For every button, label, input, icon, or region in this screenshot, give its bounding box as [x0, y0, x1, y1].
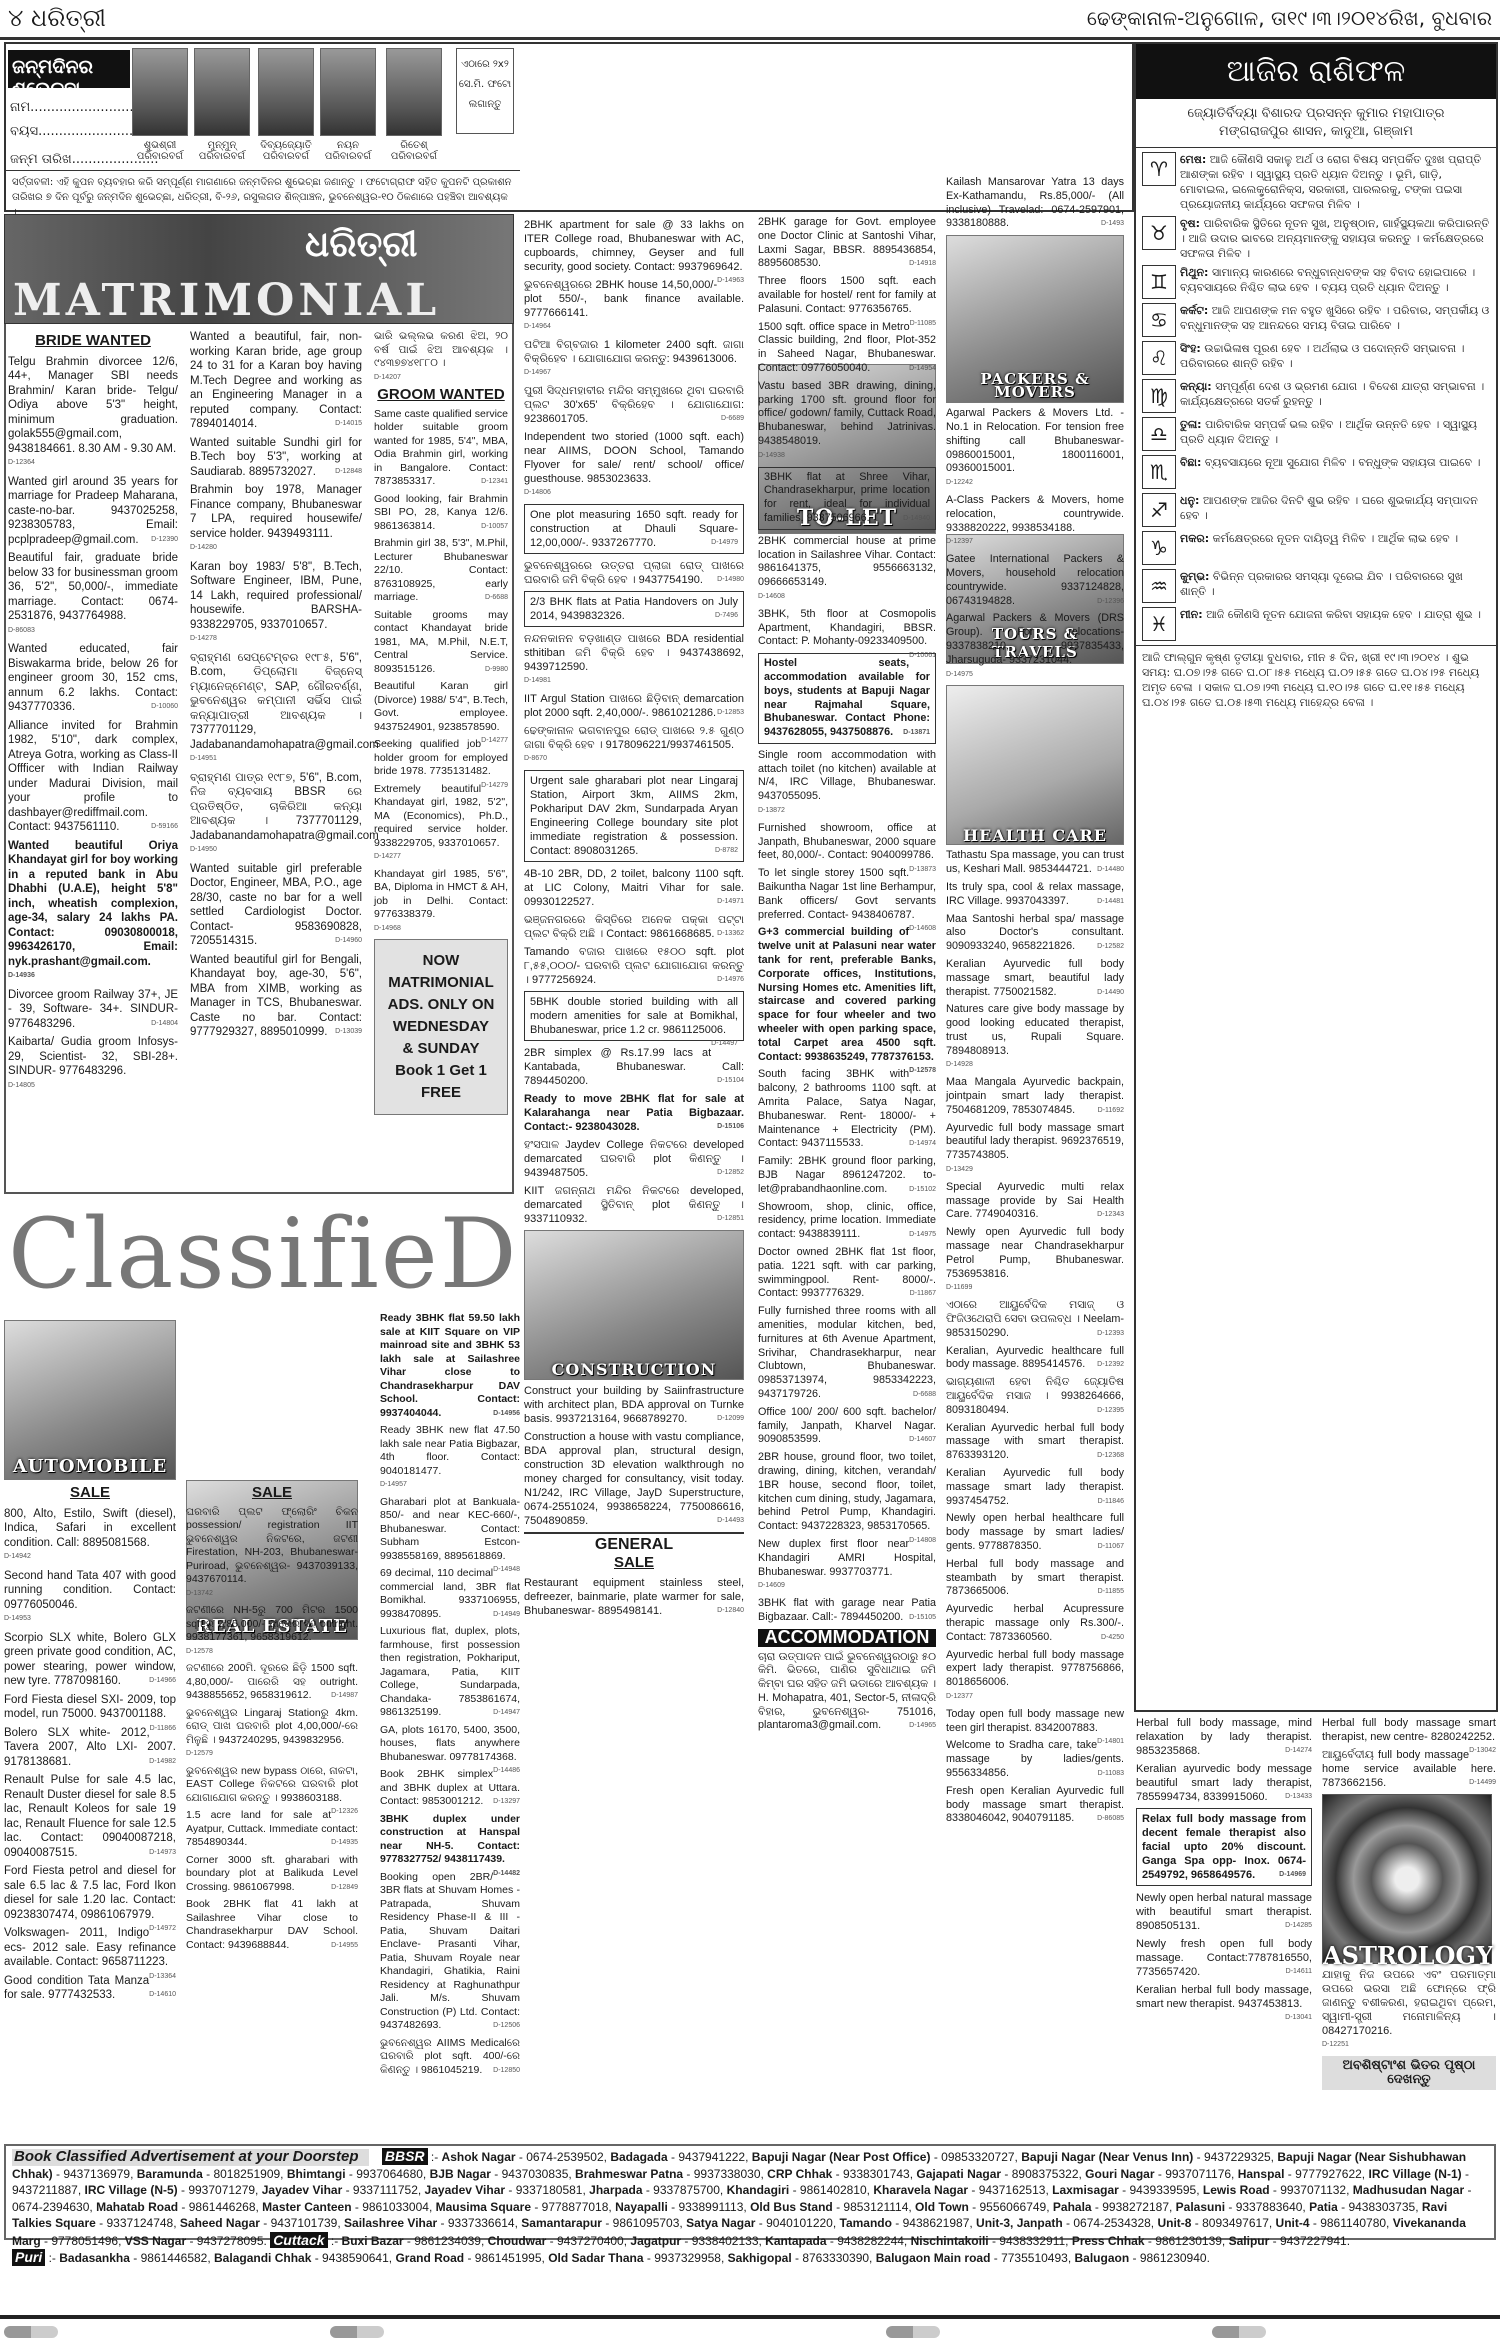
classified-ad: 3BHK duplex under construction at Hanspa…: [380, 1813, 520, 1867]
general-sale-heading: SALE: [524, 1556, 744, 1570]
classified-ad: South facing 3BHK with balcony, 2 bathro…: [758, 1068, 936, 1151]
booking-location: Gouri Nagar - 9937071176,: [1085, 2167, 1238, 2181]
child-caption: ରିତେଶ୍ପରିବାରବର୍ଗ: [374, 140, 454, 162]
truck-photo: PACKERS & MOVERS: [946, 235, 1124, 403]
booking-location: Kantapada - 9438282244,: [765, 2234, 910, 2248]
booking-centres: Book Classified Advertisement at your Do…: [4, 2144, 1496, 2240]
classified-ad: 4B-10 2BR, DD, 2 toilet, balcony 1100 sq…: [524, 867, 744, 909]
booking-location: VSS Nagar - 9437278095.: [125, 2234, 270, 2248]
registration-mark: [330, 2326, 384, 2338]
classified-ad: Ready to move 2BHK flat for sale at Kala…: [524, 1092, 744, 1134]
booking-location: Kharavela Nagar - 9437162513,: [873, 2183, 1052, 2197]
classified-ad: Beautiful Karan girl (Divorce) 1988/ 5'4…: [374, 680, 508, 734]
booking-location: Unit-4 - 9861140780,: [1276, 2216, 1393, 2230]
classified-ad: 2BHK apartment for sale @ 33 lakhs on IT…: [524, 218, 744, 274]
child-photo: [258, 48, 314, 136]
registration-mark: [1212, 2326, 1266, 2338]
cancer-icon: ♋: [1142, 303, 1176, 337]
groom-wanted-heading: GROOM WANTED: [374, 388, 508, 402]
pisces-icon: ♓: [1142, 607, 1176, 641]
booking-location: Jharpada - 9337875700,: [589, 2183, 726, 2197]
booking-location: Balugaon Main road - 7735510493,: [876, 2251, 1075, 2265]
booking-location: Unit-3, Janpath - 0674-2534328,: [976, 2216, 1157, 2230]
zodiac-entry: ♌ସିଂହ: ଉଚ୍ଚାଭିଳାଷ ପୂରଣ ହେବ । ଅର୍ଥଲାଭ ଓ ପ…: [1142, 341, 1490, 375]
booking-location: Salipur - 9437227941.: [1229, 2234, 1350, 2248]
classified-ad: Herbal full body massage, mind relaxatio…: [1136, 1716, 1312, 1758]
classified-ad: Wanted girl around 35 years for marriage…: [8, 475, 178, 548]
classified-ad: ବ୍ରାହ୍ମଣ ପାତ୍ର ୧୯୮୭, 5'6", B.com, ନିଜ ବ୍…: [190, 771, 362, 858]
zodiac-entry: ♊ମିଥୁନ: ସାମାନ୍ୟ କାରଣରେ ବନ୍ଧୁବାନ୍ଧବଙ୍କ ସହ…: [1142, 265, 1490, 299]
auspicious-times: ଆଜି ଫାଲ୍ଗୁନ କୃଷ୍ଣ ତୃତୀୟା ବୁଧବାର, ମୀନ ୫ ଦ…: [1136, 645, 1496, 714]
classified-ad: ଭାଗ୍ୟଶାଳୀ ହେବା ନିଶ୍ଚିତ ଜ୍ୟୋତିଷ ଆୟୁର୍ବେଦି…: [946, 1376, 1124, 1417]
leo-icon: ♌: [1142, 341, 1176, 375]
classified-ad: ପୁରୀ ସିଦ୍ଧମହାବୀର ମନ୍ଦିର ସମ୍ମୁଖରେ ଥିବା ଘର…: [524, 384, 744, 426]
accommodation-heading: ACCOMMODATION: [758, 1629, 936, 1647]
capricorn-icon: ♑: [1142, 531, 1176, 565]
classified-ad: Kaibarta/ Gudia groom Infosys- 29, Scien…: [8, 1035, 178, 1093]
child-photo: [132, 48, 188, 136]
page-number: ୪ ଧରିତ୍ରୀ: [8, 4, 106, 32]
classified-ad: Newly open herbal natural massage with b…: [1136, 1891, 1312, 1933]
classified-ad: Construct your building by Saiinfrastruc…: [524, 1384, 744, 1426]
tolet-column: 2BHK garage for Govt. employee one Docto…: [758, 216, 936, 1737]
booking-location: Nayapalli - 9338991113,: [615, 2200, 750, 2214]
classified-ad: Ready 3BHK flat 59.50 lakh sale at KIIT …: [380, 1312, 520, 1420]
sagittarius-icon: ♐: [1142, 493, 1176, 527]
classified-ad: ପଟିଆ ବିଗ୍‌ବଜାର 1 kilometer 2400 sqft. ଜା…: [524, 338, 744, 380]
zodiac-entry: ♍କନ୍ୟା: ସମ୍ପୂର୍ଣ୍ଣ ଦେଶ ଓ ଭ୍ରମଣ ଯୋଗ । ବିଦ…: [1142, 379, 1490, 413]
booking-location: Lewis Road - 9937071132,: [1203, 2183, 1353, 2197]
matrimonial-title: MATRIMONIAL: [13, 275, 440, 326]
classified-ad: Scorpio SLX white, Bolero GLX green priv…: [4, 1631, 176, 1689]
child-photo: [194, 48, 250, 136]
classified-ad: Alliance invited for Brahmin 1982, 5'10"…: [8, 719, 178, 835]
realestate-sale-column: SALE ଘରବାରି ପ୍ଲଟ ଫ୍ଲୋରିଂ ଚିକନ possession…: [186, 1482, 358, 1956]
car-photo: AUTOMOBILE: [4, 1320, 176, 1480]
booking-location: Choudwar - 9437270400,: [488, 2234, 631, 2248]
astrology-photo: ASTROLOGY: [1322, 1794, 1492, 1964]
horoscope-title: ଆଜିର ରାଶିଫଳ: [1136, 44, 1496, 99]
classified-ad: Gatee International Packers & Movers, ho…: [946, 553, 1124, 608]
booking-location: Master Canteen - 9861033004,: [262, 2200, 435, 2214]
booking-location: Old Town - 9556066749,: [915, 2200, 1053, 2214]
booking-location: Balugaon - 9861230940.: [1075, 2251, 1210, 2265]
coupon-terms: ସର୍ତ୍ତାବଳୀ: ଏହି କୁପନ ବ୍ୟବହାର କରି ସମ୍ପୂର୍…: [6, 170, 520, 210]
dharitri-logo: ଧରିତ୍ରୀ: [305, 223, 417, 266]
booking-location: Jayadev Vihar - 9337111752,: [262, 2183, 425, 2197]
booking-location: Satya Nagar - 9040101220,: [686, 2216, 839, 2230]
booking-location: Gajapati Nagar - 8908375322,: [916, 2167, 1085, 2181]
booking-location: Mahatab Road - 9861446268,: [96, 2200, 262, 2214]
classified-ad: Doctor owned 2BHK flat 1st floor, patia.…: [758, 1246, 936, 1301]
classified-ad: ଭାରି ଭଲ୍ଲଭ କରଣ ଝିଅ, ୨୦ ବର୍ଷ ପାଇଁ ଝିଅ ଆବଶ…: [374, 330, 508, 384]
puri-locations: Badasankha - 9861446582, Balagandi Chhak…: [59, 2251, 1210, 2265]
booking-location: IRC Village (N-5) - 9937071279,: [85, 2183, 262, 2197]
classified-ad: KIIT ଜଗନ୍ନାଥ ମନ୍ଦିର ନିକଟରେ developed, de…: [524, 1184, 744, 1226]
classified-banner: ClassifieD: [0, 1198, 518, 1318]
scorpio-icon: ♏: [1142, 455, 1176, 489]
classified-ad: Fresh open Keralian Ayurvedic full body …: [946, 1785, 1124, 1826]
classified-ad: A-Class Packers & Movers, home relocatio…: [946, 494, 1124, 549]
classified-ad: Ayurvedic herbal full body massage exper…: [946, 1649, 1124, 1704]
city-label-cuttack: Cuttack: [270, 2232, 327, 2249]
classified-ad: ଏଠାରେ ଆୟୁର୍ବେଦିକ ମସାଜ୍ ଓ ଫିଜିଓଥେରାପି ସେବ…: [946, 1299, 1124, 1340]
bride-wanted-heading: BRIDE WANTED: [8, 334, 178, 349]
zodiac-entry: ♉ବୃଷ: ପାରିବାରିକ ସ୍ଥିତିରେ ନୂତନ ସୁଖ, ଅନୁଷ୍…: [1142, 216, 1490, 261]
classified-ad: Suitable grooms may contact Khandayat br…: [374, 609, 508, 677]
classified-ad: Agarwal Packers & Movers (DRS Group). Fo…: [946, 612, 1124, 681]
booking-location: Badagada - 9437941222,: [610, 2150, 751, 2164]
boxed-ad: Hostel seats, accommodation available fo…: [758, 653, 936, 744]
city-label-puri: Puri: [12, 2249, 45, 2266]
automobile-column: SALE 800, Alto, Estilo, Swift (diesel), …: [4, 1482, 176, 2007]
services-column: Kailash Mansarovar Yatra 13 days Ex-Kath…: [946, 176, 1124, 1830]
classified-ad: Brahmin boy 1978, Manager Finance compan…: [190, 483, 362, 556]
classified-ad: Ford Fiesta petrol and diesel for sale 6…: [4, 1864, 176, 1922]
classified-ad: ଚାରା ଉତ୍ପାଦନ ପାଇଁ ଭୁବନେଶ୍ୱରଠାରୁ ୫୦ କିମି.…: [758, 1651, 936, 1734]
booking-location: Samantarapur - 9861095703,: [521, 2216, 686, 2230]
classified-ad: Khandayat girl 1985, 5'6", BA, Diploma i…: [374, 868, 508, 936]
gemini-icon: ♊: [1142, 265, 1176, 299]
classified-ad: Its truly spa, cool & relax massage, IRC…: [946, 881, 1124, 909]
booking-location: Sailashree Vihar - 9337336614,: [344, 2216, 521, 2230]
booking-location: Palasuni - 9337883640,: [1176, 2200, 1309, 2214]
classified-ad: ନନ୍ଦନକାନନ ବଡ଼ଖାଣ୍ଡ ପାଖରେ BDA residential…: [524, 632, 744, 688]
booking-location: Jayadev Vihar - 9337180581,: [425, 2183, 590, 2197]
classified-ad: Renault Pulse for sale 4.5 lac, Renault …: [4, 1773, 176, 1860]
classified-ad: Wanted beautiful Oriya Khandayat girl fo…: [8, 839, 178, 984]
booking-location: Sakhigopal - 8763330390,: [728, 2251, 876, 2265]
classified-ad: Keralian herbal full body massage, smart…: [1136, 1983, 1312, 2011]
classified-ad: Keralian Ayurvedic full body massage sma…: [946, 1467, 1124, 1508]
birthday-title: ଜନ୍ମଦିନର ଶୁଭେଚ୍ଛା: [8, 50, 130, 88]
registration-mark: [886, 2326, 940, 2338]
booking-location: Grand Road - 9861451995,: [395, 2251, 548, 2265]
classified-ad: Maa Santoshi herbal spa/ massage also Do…: [946, 913, 1124, 954]
booking-location: Jagatpur - 9338402133,: [630, 2234, 765, 2248]
classified-ad: Herbal full body massage smart therapist…: [1322, 1716, 1496, 1744]
classified-ad: 3BHK, 5th floor at Cosmopolis Apartment,…: [758, 608, 936, 649]
classified-ad: ଜଟଣୀରେ 200ମି. ଦୂରରେ ଛିଡ଼ି 1500 sqft. 4,8…: [186, 1662, 358, 1703]
photo-placeholder: ଏଠାରେ ୨x୨ ସେ.ମି. ଫଟୋ ଲଗାନ୍ତୁ: [456, 48, 514, 134]
boxed-ad: Urgent sale gharabari plot near Lingaraj…: [524, 770, 744, 862]
booking-location: Bapuji Nagar (Near Post Office) - 098533…: [752, 2150, 1021, 2164]
zodiac-entry: ♓ମୀନ: ଆଜି କୌଣସି ନୂତନ ଯୋଜନା କରିବା ସହାୟକ ହ…: [1142, 607, 1490, 641]
name-field: ନାମ.............................: [10, 100, 150, 115]
booking-location: Ashok Nagar - 0674-2539502,: [442, 2150, 611, 2164]
classified-ad: Restaurant equipment stainless steel, de…: [524, 1576, 744, 1618]
booking-location: Pahala - 9938272187,: [1053, 2200, 1176, 2214]
classified-ad: Newly open Ayurvedic full body massage n…: [946, 1226, 1124, 1295]
classified-ad: 2BHK commercial house at prime location …: [758, 535, 936, 604]
booking-location: Buxi Bazar - 9861234039,: [342, 2234, 488, 2248]
zodiac-entry: ♎ତୁଳା: ପାରିବାରିକ ସମ୍ପର୍କ ଭଲ ରହିବ । ଆର୍ଥି…: [1142, 417, 1490, 451]
booking-location: Balagandi Chhak - 9438590641,: [214, 2251, 395, 2265]
classified-ad: Three floors 1500 sqft. each available f…: [758, 275, 936, 316]
boxed-ad: Relax full body massage from decent fema…: [1136, 1808, 1312, 1886]
classified-ad: 1500 sqft. office space in Metro Classic…: [758, 321, 936, 376]
booking-location: CRP Chhak - 9338301743,: [767, 2167, 916, 2181]
classified-ad: ଘରବାରି ପ୍ଲଟ ଫ୍ଲୋରିଂ ଚିକନ possession/ reg…: [186, 1506, 358, 1601]
classified-title: ClassifieD: [8, 1198, 519, 1310]
booking-location: Press Chhak - 9861230139,: [1072, 2234, 1229, 2248]
massage-column-2: Herbal full body massage smart therapist…: [1322, 1716, 1496, 2090]
classified-ad: Family: 2BHK ground floor parking, BJB N…: [758, 1155, 936, 1196]
booking-location: Patia - 9438303735,: [1309, 2200, 1422, 2214]
classified-ad: Keralian Ayurvedic full body massage sma…: [946, 958, 1124, 999]
classified-ad: Office 100/ 200/ 600 sqft. bachelor/ fam…: [758, 1406, 936, 1447]
classified-ad: Natures care give body massage by good l…: [946, 1003, 1124, 1072]
classified-ad: Ready 3BHK new flat 47.50 lakh sale near…: [380, 1424, 520, 1492]
classified-ad: Extremely beautiful Khandayat girl, 1982…: [374, 783, 508, 864]
libra-icon: ♎: [1142, 417, 1176, 451]
classified-ad: Ayurvedic full body massage smart beauti…: [946, 1122, 1124, 1177]
booking-location: Old Bus Stand - 9853121114,: [750, 2200, 915, 2214]
classified-ad: Tamando ବଜାର ପାଖରେ ୧୫୦୦ sqft. plot ୮,୫୫,…: [524, 945, 744, 987]
realestate-sale-heading: SALE: [186, 1486, 358, 1500]
classified-ad: Special Ayurvedic multi relax massage pr…: [946, 1181, 1124, 1222]
page-header: ୪ ଧରିତ୍ରୀ ଢେଙ୍କାନାଳ-ଅନୁଗୋଳ, ତା୧୯।୩।୨୦୧୪ର…: [0, 0, 1500, 40]
see-inside-page-note: ଅବଶିଷ୍ଟାଂଶ ଭିତର ପୃଷ୍ଠା ଦେଖନ୍ତୁ: [1322, 2056, 1496, 2090]
booking-location: Bapuji Nagar (Near Venus Inn) - 94372293…: [1021, 2150, 1277, 2164]
classified-ad: Wanted educated, fair Biswakarma bride, …: [8, 642, 178, 715]
classified-ad: ଭୁବନେଶ୍ୱରରେ 2BHK house 14,50,000/- plot …: [524, 278, 744, 334]
classified-ad: 2BR house, ground floor, two toilet, dra…: [758, 1451, 936, 1534]
classified-ad: Showroom, shop, clinic, office, residenc…: [758, 1201, 936, 1242]
classified-ad: ଭୁବନେଶ୍ୱରରେ ଉତ୍ତରା ପ୍ଲାଜା ରୋଡ୍ ପାଖରେ ଘରବ…: [524, 559, 744, 587]
zodiac-entry: ♒କୁମ୍ଭ: ବିଭିନ୍ନ ପ୍ରକାରର ସମସ୍ୟା ଦୂରେଇ ଯିବ…: [1142, 569, 1490, 603]
virgo-icon: ♍: [1142, 379, 1176, 413]
classified-ad: Herbal full body massage and steambath b…: [946, 1558, 1124, 1599]
classified-ad: ଯାହାକୁ ନିଜ ଉପରେ ଏବଂ ପରମାତ୍ମା ଉପରେ ଭରସା ଅ…: [1322, 1968, 1496, 2052]
footer-rule: [0, 2315, 1500, 2319]
classified-ad: Same caste qualified service holder suit…: [374, 408, 508, 489]
classified-ad: Telgu Brahmin divorcee 12/6, 44+, Manage…: [8, 355, 178, 471]
classified-ad: GA, plots 16170, 5400, 3500, houses, fla…: [380, 1724, 520, 1765]
classified-ad: Independent two storied (1000 sqft. each…: [524, 430, 744, 500]
classified-ad: G+3 commercial building of twelve unit a…: [758, 926, 936, 1064]
zodiac-entry: ♏ବିଛା: ବ୍ୟବସାୟରେ ନୂଆ ସୁଯୋଗ ମିଳିବ । ବନ୍ଧୁ…: [1142, 455, 1490, 489]
boxed-ad: 3BHK flat at Shree Vihar, Chandrasekharp…: [758, 467, 936, 530]
dateline: ଢେଙ୍କାନାଳ-ଅନୁଗୋଳ, ତା୧୯।୩।୨୦୧୪ରିଖ, ବୁଧବାର: [1087, 6, 1492, 30]
classified-ad: 3BHK flat with garage near Patia Bigbaza…: [758, 1597, 936, 1625]
classified-ad: ଭଞ୍ଜନଗରରେ କିସ୍ତିରେ ଅନେକ ପକ୍କା ପଟ୍ଟା ପ୍ଲଟ…: [524, 913, 744, 941]
general-heading: GENERAL: [524, 1532, 744, 1552]
classified-ad: Furnished showroom, office at Janpath, B…: [758, 822, 936, 863]
classified-ad: Kailash Mansarovar Yatra 13 days Ex-Kath…: [946, 176, 1124, 231]
construction-photo: CONSTRUCTION: [524, 1230, 744, 1380]
child-photo: [320, 48, 376, 136]
boxed-ad: 2/3 BHK flats at Patia Handovers on July…: [524, 591, 744, 627]
booking-location: BJB Nagar - 9437030835,: [430, 2167, 575, 2181]
booking-location: Bhimtangi - 9937064680,: [287, 2167, 430, 2181]
classified-ad: Fully furnished three rooms with all ame…: [758, 1305, 936, 1402]
health-care-photo: HEALTH CARE: [946, 685, 1124, 845]
classified-ad: Keralian Ayurvedic herbal full body mass…: [946, 1422, 1124, 1463]
classified-ad: Keralian, Ayurvedic healthcare full body…: [946, 1345, 1124, 1373]
booking-location: Brahmeswar Patna - 9937338030,: [575, 2167, 767, 2181]
booking-location: Khandagiri - 9861402810,: [727, 2183, 874, 2197]
matrimonial-promo-box: NOWMATRIMONIALADS. ONLY ONWEDNESDAY& SUN…: [374, 939, 508, 1115]
classified-ad: Ford Fiesta diesel SXI- 2009, top model,…: [4, 1693, 176, 1722]
classified-ad: Brahmin girl 38, 5'3", M.Phil, Lecturer …: [374, 537, 508, 605]
booking-location: Saheed Nagar - 9437101739,: [180, 2216, 344, 2230]
classified-ad: Book 2BHK flat 41 lakh at Sailashree Vih…: [186, 1898, 358, 1952]
classified-ad: Today open full body massage new teen gi…: [946, 1708, 1124, 1736]
classified-ad: Karan boy 1983/ 5'8", B.Tech, Software E…: [190, 560, 362, 647]
classified-ad: Second hand Tata 407 with good running c…: [4, 1569, 176, 1627]
city-label-bbsr: BBSR: [382, 2148, 428, 2165]
astrologer-byline: ଜ୍ୟୋତିର୍ବିଦ୍ୟା ବିଶାରଦ ପ୍ରସନ୍ନ କୁମାର ମହାପ…: [1136, 99, 1496, 148]
booking-location: Old Sadar Thana - 9937329958,: [548, 2251, 727, 2265]
registration-mark: [4, 2326, 58, 2338]
taurus-icon: ♉: [1142, 216, 1176, 250]
classified-ad: Maa Mangala Ayurvedic backpain, jointpai…: [946, 1076, 1124, 1117]
realestate-column-2: Ready 3BHK flat 59.50 lakh sale at KIIT …: [380, 1312, 520, 2081]
classified-ad: Wanted a beautiful, fair, non-working Ka…: [190, 330, 362, 432]
zodiac-entry: ♋କର୍କଟ: ଆଜି ଆପଣଙ୍କ ମନ ବହୁତ ଖୁସିରେ ରହିବ ।…: [1142, 303, 1490, 337]
classified-ad: Construction a house with vastu complian…: [524, 1430, 744, 1528]
classified-ad: Wanted beautiful girl for Bengali, Khand…: [190, 953, 362, 1040]
classified-ad: 2BR simplex @ Rs.17.99 lacs at Kantabada…: [524, 1046, 744, 1088]
classified-ad: ଭୁବନେଶ୍ୱର new bypass ଠାରେ, ନାକଟା, EAST C…: [186, 1765, 358, 1806]
booking-location: Tamando - 9438621987,: [840, 2216, 977, 2230]
matrimonial-col-3: ଭାରି ଭଲ୍ଲଭ କରଣ ଝିଅ, ୨୦ ବର୍ଷ ପାଇଁ ଝିଅ ଆବଶ…: [374, 330, 508, 1115]
classified-ad: 2BHK garage for Govt. employee one Docto…: [758, 216, 936, 271]
classified-ad: Corner 3000 sft. gharabari with boundary…: [186, 1854, 358, 1895]
classified-ad: Luxurious flat, duplex, plots, farmhouse…: [380, 1625, 520, 1720]
boxed-ad: 5BHK double storied building with all mo…: [524, 991, 744, 1041]
automobile-sale-heading: SALE: [4, 1486, 176, 1501]
classified-ad: Wanted suitable Sundhi girl for B.Tech b…: [190, 436, 362, 480]
aquarius-icon: ♒: [1142, 569, 1176, 603]
booking-location: Badasankha - 9861446582,: [59, 2251, 214, 2265]
classified-ad: Keralian ayurvedic body message beautifu…: [1136, 1762, 1312, 1804]
classified-ad: ବ୍ରାହ୍ମଣ ସେପ୍ଟେମ୍ବର ୧୯୮୫, 5'6", B.com, ଡ…: [190, 651, 362, 767]
classified-ad: Agarwal Packers & Movers Ltd. - No.1 in …: [946, 407, 1124, 490]
classified-ad: ଭୁବନେଶ୍ୱର Lingaraj Stationରୁ 4km. ରୋଡ୍ ପ…: [186, 1707, 358, 1761]
matrimonial-col-2: Wanted a beautiful, fair, non-working Ka…: [190, 330, 362, 1044]
zodiac-entry: ♑ମକର: କର୍ମକ୍ଷେତ୍ରରେ ନୂତନ ଦାୟିତ୍ୱ ମିଳିବ ।…: [1142, 531, 1490, 565]
matrimonial-col-1: BRIDE WANTED Telgu Brahmin divorcee 12/6…: [8, 330, 178, 1097]
classified-ad: ଜଟଣୀରେ NH-5ରୁ 700 ମିଟର 1500 sqft.ରୁ 2,85…: [186, 1604, 358, 1658]
classified-ad: ଭୁବନେଶ୍ୱର AIIMS Medicalରେ ଘରବାରି plot sq…: [380, 2037, 520, 2078]
matrimonial-banner: ଧରିତ୍ରୀ MATRIMONIAL: [4, 214, 514, 324]
cuttack-locations: Buxi Bazar - 9861234039, Choudwar - 9437…: [342, 2234, 1351, 2248]
classified-ad: Single room accommodation with attach to…: [758, 749, 936, 818]
zodiac-entry: ♐ଧନୁ: ଆପଣଙ୍କ ଆଜିର ଦିନଟି ଶୁଭ ରହିବ । ଘରେ ଶ…: [1142, 493, 1490, 527]
booking-location: Nischintakoili - 9438332911,: [911, 2234, 1072, 2248]
zodiac-entry: ♈ମେଷ: ଆଜି କୌଣସି ସକାଳୁ ଅର୍ଥ ଓ ରୋଗ ବିଷୟ ସମ…: [1142, 152, 1490, 212]
booking-location: Laxmisagar - 9439339595,: [1052, 2183, 1203, 2197]
classified-ad: ଢେଙ୍କାନାଳ ଭଗବାନପୁର ରୋଡ୍ ପାଖରେ ୨.୫ ଗୁଣ୍ଠ …: [524, 724, 744, 766]
booking-location: Mausima Square - 9778877018,: [436, 2200, 615, 2214]
classified-ad: Tathastu Spa massage, you can trust us, …: [946, 849, 1124, 877]
classified-ad: Booking open 2BR/ 3BR flats at Shuvam Ho…: [380, 1871, 520, 2033]
classified-ad: Good looking, fair Brahmin SBI PO, 28, K…: [374, 493, 508, 534]
classified-ad: Ayurvedic herbal Acupressure therapic ma…: [946, 1603, 1124, 1644]
horoscope-section: ଆଜିର ରାଶିଫଳ ଜ୍ୟୋତିର୍ବିଦ୍ୟା ବିଶାରଦ ପ୍ରସନ୍…: [1134, 42, 1498, 1712]
classified-ad: Wanted suitable girl preferable Doctor, …: [190, 862, 362, 949]
classified-ad: Gharabari plot at Bankuala-850/- and nea…: [380, 1496, 520, 1564]
classified-ad: Beautiful fair, graduate bride below 33 …: [8, 551, 178, 638]
classified-ad: Vastu based 3BR drawing, dining, parking…: [758, 380, 936, 463]
realestate-column: 2BHK apartment for sale @ 33 lakhs on IT…: [524, 218, 744, 1622]
boxed-ad: One plot measuring 1650 sqft. ready for …: [524, 504, 744, 554]
aries-icon: ♈: [1142, 152, 1176, 186]
classified-ad: Newly fresh open full body massage. Cont…: [1136, 1937, 1312, 1979]
booking-heading: Book Classified Advertisement at your Do…: [12, 2149, 369, 2166]
booking-location: Baramunda - 8018251909,: [137, 2167, 287, 2181]
massage-column-1: Herbal full body massage, mind relaxatio…: [1136, 1716, 1312, 2025]
booking-location: Hanspal - 9777927622,: [1238, 2167, 1369, 2181]
child-photo: [386, 48, 442, 136]
classified-ad: ହଂସପାଳ Jaydev College ନିକଟରେ developed d…: [524, 1138, 744, 1180]
classified-ad: Divorcee groom Railway 37+, JE - 39, Sof…: [8, 988, 178, 1032]
classified-ad: 800, Alto, Estilo, Swift (diesel), Indic…: [4, 1507, 176, 1565]
classified-ad: IIT Argul Station ପାଖରେ ଛିଡ଼ିବାନ୍ demarc…: [524, 692, 744, 720]
classified-ad: Newly open herbal healthcare full body m…: [946, 1512, 1124, 1553]
booking-location: Unit-8 - 8093497617,: [1157, 2216, 1275, 2230]
